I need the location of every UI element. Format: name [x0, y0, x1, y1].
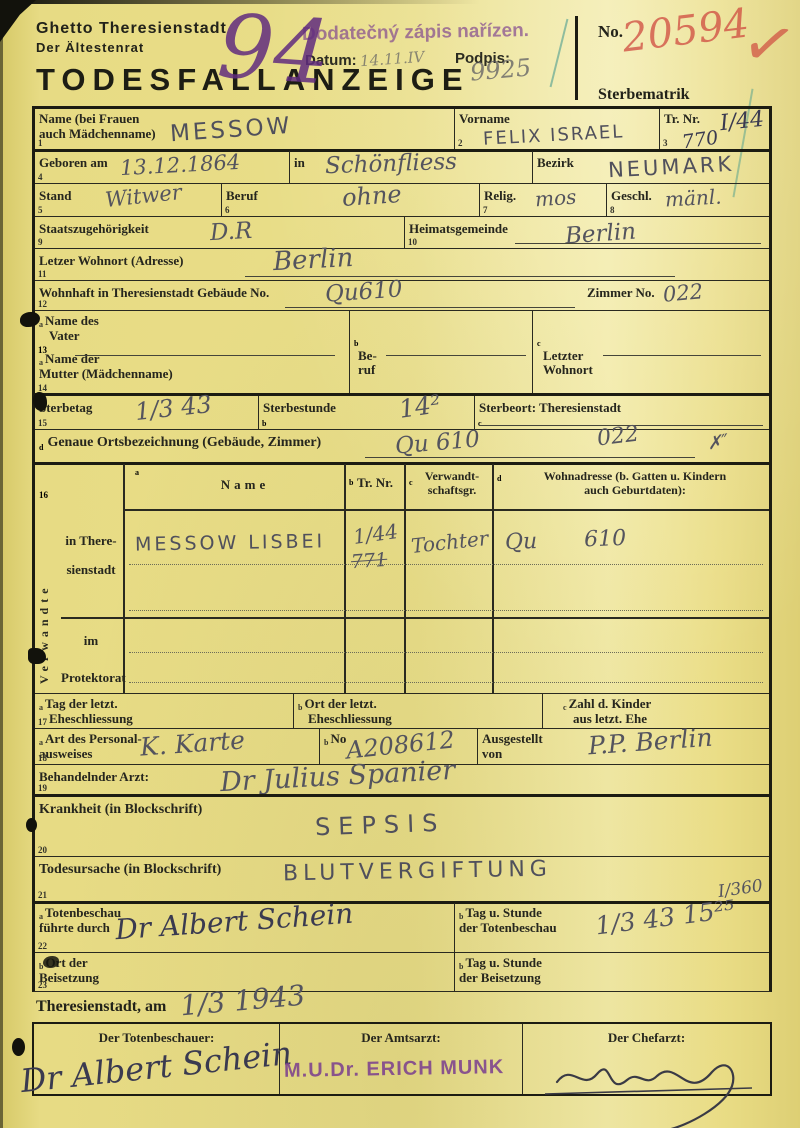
ortsbezeichnung-value: Qu 610 [394, 426, 481, 459]
chefarzt-signature [527, 1042, 767, 1128]
staat-value: D.R [209, 218, 253, 246]
sterbestunde-value: 14² [397, 389, 442, 424]
field-number: 7 [483, 205, 488, 215]
sub-letter: b [262, 419, 266, 428]
field-geboren-in: in Schönfliess [290, 151, 533, 183]
field-ausweis-art: aArt des Personal- ausweises 18 K. Karte [35, 729, 320, 764]
sub-letter: c [537, 339, 541, 348]
death-box: Sterbetag 15 1/3 43 Sterbestunde b 14² S… [32, 393, 772, 465]
field-ortsbezeichnung: d Genaue Ortsbezeichnung (Gebäude, Zimme… [35, 430, 769, 462]
geboren-value: 13.12.1864 [119, 150, 240, 180]
ortsbezeichnung-zimmer: 022 [596, 422, 641, 452]
pencil-mark: ✗″ [705, 430, 730, 454]
row-ortsbezeichnung: d Genaue Ortsbezeichnung (Gebäude, Zimme… [35, 430, 769, 462]
row-17: aTag der letzt. Eheschliessung 17 bOrt d… [35, 693, 769, 729]
totenbeschau-label-1: Totenbeschau [45, 905, 121, 920]
gebaeude-value: Qu610 [324, 276, 403, 307]
field-number: 9 [38, 237, 43, 247]
row2-label-2: Protektorat [61, 671, 121, 686]
row1-label-1: in There- [61, 534, 121, 549]
field-ehe-tag: aTag der letzt. Eheschliessung 17 [35, 694, 294, 728]
scan-edge [0, 0, 800, 4]
field-krankheit: Krankheit (in Blockschrift) 20 SEPSIS [35, 797, 769, 856]
relative-trnr-struck: 771 [350, 549, 388, 573]
field-trnr: Tr. Nr. 3 I/44 770 [660, 109, 769, 149]
field-beruf: Beruf 6 ohne [222, 184, 480, 216]
row-geboren: Geboren am 4 13.12.1864 in Schönfliess B… [35, 151, 769, 184]
signature-box: Der Totenbeschauer: Dr Albert Schein Der… [32, 1022, 772, 1096]
col-adr-label: Wohnadresse (b. Gatten u. Kindern auch G… [505, 470, 765, 498]
punch-hole [28, 648, 46, 664]
org-line-2: Der Ältestenrat [36, 40, 227, 55]
table-vline [492, 464, 494, 694]
ehe-ort-label-2: Eheschliessung [308, 712, 538, 727]
sub-letter: a [39, 703, 43, 712]
field-number: 21 [38, 890, 47, 900]
amtsarzt-label: Der Amtsarzt: [284, 1031, 518, 1046]
dotted-line [129, 564, 763, 565]
field-heimat: Heimatsgemeinde 10 Berlin [405, 217, 769, 248]
field-number: 11 [38, 269, 47, 279]
field-number: 5 [38, 205, 43, 215]
field-relig: Relig. 7 mos [480, 184, 607, 216]
handwritten-case-number: 94 [215, 0, 334, 105]
heimat-value: Berlin [564, 219, 637, 250]
relig-label: Relig. [484, 188, 516, 203]
amtsarzt-box: Der Amtsarzt: M.U.Dr. ERICH MUNK [280, 1024, 523, 1094]
field-parent-beruf: b Be- ruf [350, 311, 533, 394]
write-line [75, 355, 335, 356]
field-todesursache: Todesursache (in Blockschrift) 21 BLUTVE… [35, 857, 769, 901]
ehe-tag-label-2: Eheschliessung [49, 712, 289, 727]
row-wohnhaft: Wohnhaft in Theresienstadt Gebäude No. 1… [35, 281, 769, 311]
rows-personal: Geboren am 4 13.12.1864 in Schönfliess B… [32, 151, 772, 394]
field-number: 1 [38, 138, 43, 148]
ortsbezeichnung-label: Genaue Ortsbezeichnung (Gebäude, Zimmer) [47, 435, 321, 450]
relative-trnr: 1/44 [352, 519, 400, 549]
sterbetag-label: Sterbetag [39, 400, 92, 415]
field-number: 15 [38, 418, 47, 428]
field-sterbestunde: Sterbestunde b 14² [259, 396, 475, 429]
ehe-ort-label-1: Ort der letzt. [304, 696, 376, 711]
write-line [285, 307, 575, 308]
stand-value: Witwer [104, 180, 183, 212]
no-value-red: 20594 [620, 0, 752, 61]
write-line [365, 457, 695, 458]
col-adr-label-1: Wohnadresse (b. Gatten u. Kindern [505, 470, 765, 484]
sub-letter: a [39, 320, 43, 329]
geboren-label: Geboren am [39, 155, 108, 170]
row-sterbetag: Sterbetag 15 1/3 43 Sterbestunde b 14² S… [35, 396, 769, 430]
field-number: 2 [458, 138, 463, 148]
row-wohnort: Letzer Wohnort (Adresse) 11 Berlin [35, 249, 769, 281]
illness-box: Krankheit (in Blockschrift) 20 SEPSIS To… [32, 794, 772, 904]
field-number: 19 [38, 783, 47, 793]
field-number: 8 [610, 205, 615, 215]
vater-label-2: Vater [49, 329, 345, 344]
punch-hole [12, 1038, 25, 1056]
form-body: Name (bei Frauen auch Mädchenname) 1 MES… [32, 106, 772, 992]
row-parents: aName des Vater 13 aName der Mutter (Mäd… [35, 311, 769, 394]
table-vline [123, 464, 125, 694]
amtsarzt-stamp: M.U.Dr. ERICH MUNK [284, 1056, 505, 1083]
row1-label-2: sienstadt [61, 563, 121, 578]
field-totenbeschau-zeit: bTag u. Stunde der Totenbeschau 1/3 43 1… [455, 903, 769, 952]
field-number: 17 [38, 717, 47, 727]
field-number: 4 [38, 172, 43, 182]
ausweis-label-1: Art des Personal- [45, 731, 142, 746]
field-ehe-ort: bOrt der letzt. Eheschliessung [294, 694, 543, 728]
field-geschl: Geschl. 8 mänl. [607, 184, 769, 216]
col-verw-label: Verwandt- schaftsgr. [416, 470, 488, 498]
field-number: 13 [38, 345, 47, 355]
row-name: Name (bei Frauen auch Mädchenname) 1 MES… [32, 106, 772, 152]
footer-place-label: Theresienstadt, am [36, 998, 166, 1016]
vater-label-1: Name des [45, 313, 99, 328]
document-page: Ghetto Theresienstadt Der Ältestenrat TO… [0, 0, 800, 1128]
sub-letter: a [135, 468, 139, 477]
field-number: 20 [38, 845, 47, 855]
zimmer-value: 022 [662, 279, 704, 306]
heimat-label: Heimatsgemeinde [409, 221, 508, 236]
geburtsort-value: Schönfliess [325, 149, 458, 180]
teal-mark [550, 19, 569, 87]
row2-label-1: im [61, 634, 121, 649]
totenbeschau-signature: Dr Albert Schein [114, 897, 354, 947]
table-hline [123, 509, 769, 511]
trnr-value: I/44 [719, 107, 765, 136]
corner-tear [0, 0, 36, 42]
field-number: 22 [38, 941, 47, 951]
scan-edge [0, 0, 3, 1128]
relig-value: mos [534, 185, 577, 212]
stamp-podpis-value: 9925 [469, 53, 532, 86]
kinder-label-1: Zahl d. Kinder [569, 696, 652, 711]
field-number: 10 [408, 237, 417, 247]
bezirk-label: Bezirk [537, 155, 574, 170]
row-19: Behandelnder Arzt: 19 Dr Julius Spanier [35, 765, 769, 795]
field-geboren: Geboren am 4 13.12.1864 [35, 151, 290, 183]
table-vline [344, 464, 346, 694]
ehe-tag-label-1: Tag der letzt. [45, 696, 118, 711]
issuing-org: Ghetto Theresienstadt Der Ältestenrat [36, 20, 227, 55]
col-adr-label-2: auch Geburtdaten): [505, 484, 765, 498]
sterbeort-label: Sterbeort: Theresienstadt [479, 400, 621, 415]
wohnort-value: Berlin [272, 243, 354, 277]
row-stand: Stand 5 Witwer Beruf 6 ohne Relig. 7 mos… [35, 184, 769, 217]
rows-22-23: aTotenbeschau führte durch 22 Dr Albert … [32, 903, 772, 992]
totenbeschauer-box: Der Totenbeschauer: Dr Albert Schein [34, 1024, 280, 1094]
row1-label: in There- sienstadt [61, 534, 121, 578]
field-number: 6 [225, 205, 230, 215]
field-wohnhaft: Wohnhaft in Theresienstadt Gebäude No. 1… [35, 281, 769, 310]
field-totenbeschau: aTotenbeschau führte durch 22 Dr Albert … [35, 903, 455, 952]
krankheit-value: SEPSIS [315, 809, 446, 842]
row-krankheit: Krankheit (in Blockschrift) 20 SEPSIS [35, 797, 769, 857]
arzt-label: Behandelnder Arzt: [39, 769, 149, 784]
sub-letter: b [349, 478, 353, 487]
punch-hole [26, 818, 37, 832]
field-number: 18 [38, 753, 47, 763]
sub-letter: b [354, 339, 358, 348]
geschl-label: Geschl. [611, 188, 652, 203]
relative-relationship: Tochter [410, 526, 489, 558]
lwohnort-label-2: Wohnort [543, 363, 593, 378]
sub-letter: d [39, 443, 43, 452]
czech-stamp-text: Dodatečný zápis nařízen. [302, 20, 529, 46]
sub-letter: d [497, 474, 501, 483]
field-beisetzung-zeit: bTag u. Stunde der Beisetzung [455, 953, 769, 991]
beruf-value: ohne [341, 180, 402, 212]
mutter-label-2: Mutter (Mädchenname) [39, 367, 345, 382]
sub-letter: b [324, 738, 328, 747]
wohnhaft-label: Wohnhaft in Theresienstadt Gebäude No. [39, 285, 269, 300]
beisetzung-zeit-label-1: Tag u. Stunde [465, 955, 541, 970]
krankheit-label: Krankheit (in Blockschrift) [39, 802, 202, 817]
field-wohnort: Letzer Wohnort (Adresse) 11 Berlin [35, 249, 769, 280]
col-verw-label-2: schaftsgr. [416, 484, 488, 498]
sub-letter: c [563, 703, 567, 712]
write-line [245, 276, 675, 277]
field-name: Name (bei Frauen auch Mädchenname) 1 MES… [35, 109, 455, 149]
ausweis-no-label: No [330, 731, 346, 746]
write-line [603, 355, 761, 356]
bezirk-value: NEUMARK [607, 152, 734, 183]
in-label: in [294, 155, 305, 170]
trnr-value-2: 770 [681, 127, 720, 154]
sub-letter: b [298, 703, 302, 712]
chefarzt-box: Der Chefarzt: [523, 1024, 770, 1094]
dotted-line [129, 610, 763, 611]
todesursache-label: Todesursache (in Blockschrift) [39, 862, 221, 877]
field-sterbetag: Sterbetag 15 1/3 43 [35, 396, 259, 429]
sterbetag-value: 1/3 43 [134, 390, 213, 426]
wohnort-label: Letzer Wohnort (Adresse) [39, 253, 183, 268]
col-verw-label-1: Verwandt- [416, 470, 488, 484]
row-staat: Staatszugehörigkeit 9 D.R Heimatsgemeind… [35, 217, 769, 249]
field-number: 12 [38, 299, 47, 309]
dotted-line [129, 682, 763, 683]
field-parents: aName des Vater 13 aName der Mutter (Mäd… [35, 311, 350, 394]
sub-letter: c [409, 478, 413, 487]
field-bezirk: Bezirk NEUMARK [533, 151, 769, 183]
field-kinder: cZahl d. Kinder aus letzt. Ehe [543, 694, 769, 728]
write-line [515, 243, 761, 244]
beruf2-label-2: ruf [358, 363, 375, 378]
field-arzt: Behandelnder Arzt: 19 Dr Julius Spanier [35, 765, 769, 794]
field-vorname: Vorname 2 FELIX ISRAEL [455, 109, 660, 149]
field-number: 3 [663, 138, 668, 148]
field-parent-wohnort: c Letzter Wohnort [533, 311, 769, 394]
beisetzung-zeit-label-2: der Beisetzung [459, 971, 765, 986]
row-22: aTotenbeschau führte durch 22 Dr Albert … [35, 903, 769, 953]
mutter-label-1: Name der [45, 351, 100, 366]
zimmer-label: Zimmer No. [587, 286, 655, 301]
table-hline [61, 617, 769, 619]
col-trnr-label: Tr. Nr. [357, 476, 393, 491]
relative-address: Qu 610 [505, 526, 627, 555]
field-number: 23 [38, 980, 47, 990]
org-line-1: Ghetto Theresienstadt [36, 20, 227, 38]
punch-hole [33, 392, 47, 411]
sterbematrik-label: Sterbematrik [598, 86, 690, 104]
no-label: No. [598, 22, 623, 42]
relative-name: MESSOW LISBEI [135, 530, 326, 555]
row2-label: im Protektorat [61, 634, 121, 686]
totenbeschau-zeit-label-1: Tag u. Stunde [465, 905, 541, 920]
header-divider [575, 16, 578, 100]
geschl-value: mänl. [664, 185, 722, 212]
field-ausgestellt: Ausgestellt von P.P. Berlin [478, 729, 769, 764]
todesursache-value: BLUTVERGIFTUNG [283, 857, 552, 887]
sterbestunde-label: Sterbestunde [263, 400, 336, 415]
rows-17-19: aTag der letzt. Eheschliessung 17 bOrt d… [32, 693, 772, 795]
row-todesursache: Todesursache (in Blockschrift) 21 BLUTVE… [35, 857, 769, 901]
stand-label: Stand [39, 188, 72, 203]
beruf-label: Beruf [226, 188, 258, 203]
staat-label: Staatszugehörigkeit [39, 221, 149, 236]
table-vline [404, 464, 406, 694]
row-23: bOrt der Beisetzung 23 bTag u. Stunde de… [35, 953, 769, 991]
col-name-label: Name [185, 478, 305, 493]
field-stand: Stand 5 Witwer [35, 184, 222, 216]
relatives-table: 16 a Name b Tr. Nr. c Verwandt- schaftsg… [32, 464, 772, 694]
write-line [386, 355, 526, 356]
field-number: 16 [39, 490, 48, 500]
dotted-line [129, 652, 763, 653]
